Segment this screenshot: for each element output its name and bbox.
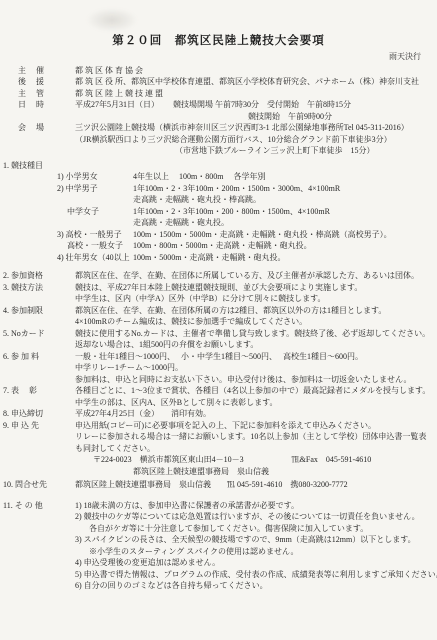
section: 2. 参加資格 都筑区在住、在学、在勤、在団体に所属している方、及び主催者が承認… xyxy=(0,270,437,282)
meta-lines: 都 筑 区 役 所、都筑区中学校体育連盟、都筑区小学校体育研究会、パナホーム（株… xyxy=(75,76,437,88)
section-line: 中学生は、区内（中学A）区外（中学B）に分けて別々に競技します。 xyxy=(75,293,437,305)
event-item-detail: 100m・800m・5000m・走高跳・走幅跳・砲丸投。 xyxy=(133,240,312,252)
section-line: 4×100mRのチーム編成は、競技に参加選手で編成してください。 xyxy=(75,316,437,328)
section: 4. 参加制限 都筑区在住、在学、在勤、在団体所属の方は2種目、都筑区以外の方は… xyxy=(0,305,437,328)
section-label: 7. 表 彰 xyxy=(0,385,75,408)
meta-line: （JR横浜駅西口より三ツ沢総合運動公園方面行バス、10分総合グランド前下車徒歩3… xyxy=(75,134,437,146)
event-item-name: 2) 中学男子 xyxy=(57,183,133,195)
event-item: 2) 中学男子1年100m・2・3年100m・200m・1500m・3000m、… xyxy=(57,183,437,195)
section: 7. 表 彰 各種目ごとに、1～3位まで賞状、各種目（4名以上参加の中で）最高記… xyxy=(0,385,437,408)
event-items: 1) 小学男女4年生以上 100m・800m 各学年別2) 中学男子1年100m… xyxy=(0,171,437,263)
doc-title: 第２０回 都筑区民陸上競技大会要項 xyxy=(0,0,437,48)
section-row: 11. そ の 他 1) 18歳未満の方は、参加申込書に保護者の承諾書が必要です… xyxy=(0,500,437,592)
event-item: 高校・一般女子100m・800m・5000m・走高跳・走幅跳・砲丸投。 xyxy=(57,240,437,252)
meta-lines: 都 筑 区 陸 上 競 技 連 盟 xyxy=(75,88,437,100)
section: 8. 申込締切 平成27年4月25日（金） 消印有効。 xyxy=(0,408,437,420)
event-item-detail: 走高跳・走幅跳・砲丸投・棒高跳。 xyxy=(133,194,261,206)
section-lines: 一般・壮年1種目～1000円、 小・中学生1種目～500円、 高校生1種目～60… xyxy=(75,351,437,386)
event-item-detail: 1年100m・2・3年100m・200m・1500m・3000m、4×100mR xyxy=(133,183,340,195)
event-item-name: 高校・一般女子 xyxy=(57,240,133,252)
section-line: リレーに参加される場合は一緒にお願いします。10名以上参加（主として学校）団体申… xyxy=(75,431,437,443)
event-item: 4) 壮年男女（40以上100m・5000m・走高跳・走幅跳・砲丸投。 xyxy=(57,252,437,264)
section-row: 4. 参加制限 都筑区在住、在学、在勤、在団体所属の方は2種目、都筑区以外の方は… xyxy=(0,305,437,328)
section-line: 5) 申込書で得た情報は、プログラムの作成、受付表の作成、成績発表等に利用します… xyxy=(75,569,437,581)
section-line: 都筑区在住、在学、在勤、在団体所属の方は2種目、都筑区以外の方は1種目とします。 xyxy=(75,305,437,317)
meta-row: 主 管 都 筑 区 陸 上 競 技 連 盟 xyxy=(0,88,437,100)
document-page: 第２０回 都筑区民陸上競技大会要項 雨天決行 主 催 都 筑 区 体 育 協 会… xyxy=(0,0,437,640)
event-item-name xyxy=(57,194,133,206)
event-item: 走高跳・走幅跳・砲丸投。 xyxy=(57,217,437,229)
section-line: 6) 自分の回りのゴミなどは各自持ち帰ってください。 xyxy=(75,580,437,592)
section-line: 1) 18歳未満の方は、参加申込書に保護者の承諾書が必要です。 xyxy=(75,500,437,512)
event-item-detail: 1年100m・2・3年100m・200・800m・1500m、4×100mR xyxy=(133,206,330,218)
section-row: 10. 問合せ先 都筑区陸上競技連盟事務局 泉山信義 ℡ 045-591-461… xyxy=(0,479,437,491)
section-row: 2. 参加資格 都筑区在住、在学、在勤、在団体に所属している方、及び主催者が承認… xyxy=(0,270,437,282)
meta-label: 後 援 xyxy=(0,76,75,88)
section-lines: 平成27年4月25日（金） 消印有効。 xyxy=(75,408,437,420)
section: 6. 参 加 料 一般・壮年1種目～1000円、 小・中学生1種目～500円、 … xyxy=(0,351,437,386)
section-row: 8. 申込締切 平成27年4月25日（金） 消印有効。 xyxy=(0,408,437,420)
section-line: 3) スパイクピンの長さは、全天候型の競技場ですので、9mm（走高跳は12mm）… xyxy=(75,534,437,546)
meta-label: 日 時 xyxy=(0,99,75,122)
meta-lines: 平成27年5月31日（日） 競技場開場 午前7時30分 受付開始 午前8時15分… xyxy=(75,99,437,122)
event-item-name: 中学女子 xyxy=(57,206,133,218)
section-line: ※小学生のスターティング スパイクの使用は認めません。 xyxy=(89,546,437,558)
section: 1. 競技種目 1) 小学男女4年生以上 100m・800m 各学年別2) 中学… xyxy=(0,160,437,264)
meta-label: 主 催 xyxy=(0,65,75,77)
meta-label: 主 管 xyxy=(0,88,75,100)
section-row: 6. 参 加 料 一般・壮年1種目～1000円、 小・中学生1種目～500円、 … xyxy=(0,351,437,386)
section-label: 10. 問合せ先 xyxy=(0,479,75,491)
meta-line: 都 筑 区 陸 上 競 技 連 盟 xyxy=(75,88,437,100)
event-item-name: 1) 小学男女 xyxy=(57,171,133,183)
section-label: 2. 参加資格 xyxy=(0,270,75,282)
event-item-detail: 走高跳・走幅跳・砲丸投。 xyxy=(133,217,229,229)
section: 9. 申 込 先 申込用紙(コピー可)に必要事項を記入の上、下記に参加料を添えて… xyxy=(0,420,437,478)
section-label: 4. 参加制限 xyxy=(0,305,75,328)
event-item-detail: 4年生以上 100m・800m 各学年別 xyxy=(133,171,265,183)
section-line: 各種目ごとに、1～3位まで賞状、各種目（4名以上参加の中で）最高記録者にメダルを… xyxy=(75,385,437,397)
section-label: 11. そ の 他 xyxy=(0,500,75,592)
section-row: 1. 競技種目 xyxy=(0,160,437,172)
section-line: 競技は、平成27年日本陸上競技連盟競技規則、並び大会要項により実施します。 xyxy=(75,282,437,294)
section-line: 都筑区陸上競技連盟事務局 泉山信義 ℡ 045-591-4610 携080-32… xyxy=(75,479,437,491)
event-item: 走高跳・走幅跳・砲丸投・棒高跳。 xyxy=(57,194,437,206)
section-row: 9. 申 込 先 申込用紙(コピー可)に必要事項を記入の上、下記に参加料を添えて… xyxy=(0,420,437,478)
section-line: も同封してください。 xyxy=(75,443,437,455)
event-item-name: 4) 壮年男女（40以上 xyxy=(57,252,133,264)
section-line: 都筑区在住、在学、在勤、在団体に所属している方、及び主催者が承認した方、あるいは… xyxy=(75,270,437,282)
section-line: 2) 競技中のケガ等については応急処置は行いますが、その後については一切責任を負… xyxy=(75,511,437,523)
event-item-detail: 100m・5000m・走高跳・走幅跳・砲丸投。 xyxy=(133,252,285,264)
event-item: 1) 小学男女4年生以上 100m・800m 各学年別 xyxy=(57,171,437,183)
section-lines: 競技に使用するNo.カードは、主催者で準備し貸与致します。競技終了後、必ず返却し… xyxy=(75,328,437,351)
section-line: 中学生の部は、区内A、区外Bとして別々に表彰します。 xyxy=(75,397,437,409)
section-line: 〒224-0023 横浜市都筑区東山田4－10－3 ℡&Fax 045-591-… xyxy=(93,454,437,466)
section-lines: 都筑区在住、在学、在勤、在団体所属の方は2種目、都筑区以外の方は1種目とします。… xyxy=(75,305,437,328)
section-line: 4) 申込受理後の変更追加は認めません。 xyxy=(75,557,437,569)
event-item-name xyxy=(57,217,133,229)
meta-row: 日 時 平成27年5月31日（日） 競技場開場 午前7時30分 受付開始 午前8… xyxy=(0,99,437,122)
section-label: 1. 競技種目 xyxy=(0,160,75,172)
section-row: 5. Noカード 競技に使用するNo.カードは、主催者で準備し貸与致します。競技… xyxy=(0,328,437,351)
section-label: 9. 申 込 先 xyxy=(0,420,75,478)
section-label: 6. 参 加 料 xyxy=(0,351,75,386)
meta-lines: 三ツ沢公園陸上競技場（横浜市神奈川区三ツ沢西町3-1 北部公園緑地事務所Tel … xyxy=(75,122,437,157)
section-line: 都筑区陸上競技連盟事務局 泉山信義 xyxy=(133,466,437,478)
event-item: 中学女子1年100m・2・3年100m・200・800m・1500m、4×100… xyxy=(57,206,437,218)
section-lines: 1) 18歳未満の方は、参加申込書に保護者の承諾書が必要です。2) 競技中のケガ… xyxy=(75,500,437,592)
section-row: 7. 表 彰 各種目ごとに、1～3位まで賞状、各種目（4名以上参加の中で）最高記… xyxy=(0,385,437,408)
section: 3. 競技方法 競技は、平成27年日本陸上競技連盟競技規則、並び大会要項により実… xyxy=(0,282,437,305)
weather-note: 雨天決行 xyxy=(0,51,437,63)
event-item: 3) 高校・一般男子100m・1500m・5000m・走高跳・走幅跳・砲丸投・棒… xyxy=(57,229,437,241)
section-line: 平成27年4月25日（金） 消印有効。 xyxy=(75,408,437,420)
section: 10. 問合せ先 都筑区陸上競技連盟事務局 泉山信義 ℡ 045-591-461… xyxy=(0,479,437,491)
section: 5. Noカード 競技に使用するNo.カードは、主催者で準備し貸与致します。競技… xyxy=(0,328,437,351)
section-lines: 各種目ごとに、1～3位まで賞状、各種目（4名以上参加の中で）最高記録者にメダルを… xyxy=(75,385,437,408)
section-lines xyxy=(75,160,437,172)
meta-row: 会 場 三ツ沢公園陸上競技場（横浜市神奈川区三ツ沢西町3-1 北部公園緑地事務所… xyxy=(0,122,437,157)
section-lines: 申込用紙(コピー可)に必要事項を記入の上、下記に参加料を添えて申込みください。リ… xyxy=(75,420,437,478)
meta-line: 都 筑 区 体 育 協 会 xyxy=(75,65,437,77)
section-label: 8. 申込締切 xyxy=(0,408,75,420)
meta-line: 平成27年5月31日（日） 競技場開場 午前7時30分 受付開始 午前8時15分 xyxy=(75,99,437,111)
sections: 1. 競技種目 1) 小学男女4年生以上 100m・800m 各学年別2) 中学… xyxy=(0,160,437,592)
section-label: 5. Noカード xyxy=(0,328,75,351)
section: 11. そ の 他 1) 18歳未満の方は、参加申込書に保護者の承諾書が必要です… xyxy=(0,500,437,592)
meta-label: 会 場 xyxy=(0,122,75,157)
meta-line: 三ツ沢公園陸上競技場（横浜市神奈川区三ツ沢西町3-1 北部公園緑地事務所Tel … xyxy=(75,122,437,134)
section-lines: 競技は、平成27年日本陸上競技連盟競技規則、並び大会要項により実施します。中学生… xyxy=(75,282,437,305)
section-lines: 都筑区在住、在学、在勤、在団体に所属している方、及び主催者が承認した方、あるいは… xyxy=(75,270,437,282)
meta-row: 主 催 都 筑 区 体 育 協 会 xyxy=(0,65,437,77)
section-label: 3. 競技方法 xyxy=(0,282,75,305)
section-line: 中学リレー1チーム～1000円。 xyxy=(75,362,437,374)
section-lines: 都筑区陸上競技連盟事務局 泉山信義 ℡ 045-591-4610 携080-32… xyxy=(75,479,437,491)
section-line: 参加料は、申込と同時にお支払い下さい。申込受付け後は、参加料は一切返金いたしませ… xyxy=(75,374,437,386)
event-item-name: 3) 高校・一般男子 xyxy=(57,229,133,241)
section-line: 競技に使用するNo.カードは、主催者で準備し貸与致します。競技終了後、必ず返却し… xyxy=(75,328,437,340)
meta-line: 競技開始 午前9時00分 xyxy=(248,111,437,123)
section-line: 各自がケガ等に十分注意して参加してください。傷害保険に加入しています。 xyxy=(89,523,437,535)
section-line: 一般・壮年1種目～1000円、 小・中学生1種目～500円、 高校生1種目～60… xyxy=(75,351,437,363)
section-line: 返却ない場合は、1組500円の弁償をお願いします。 xyxy=(75,339,437,351)
meta-line: 都 筑 区 役 所、都筑区中学校体育連盟、都筑区小学校体育研究会、パナホーム（株… xyxy=(75,76,437,88)
meta-line: （市営地下鉄ブルーライン三ッ沢上町下車徒歩 15分） xyxy=(175,145,437,157)
section-line: 申込用紙(コピー可)に必要事項を記入の上、下記に参加料を添えて申込みください。 xyxy=(75,420,437,432)
meta-rows: 主 催 都 筑 区 体 育 協 会 後 援 都 筑 区 役 所、都筑区中学校体育… xyxy=(0,65,437,157)
meta-row: 後 援 都 筑 区 役 所、都筑区中学校体育連盟、都筑区小学校体育研究会、パナホ… xyxy=(0,76,437,88)
section-row: 3. 競技方法 競技は、平成27年日本陸上競技連盟競技規則、並び大会要項により実… xyxy=(0,282,437,305)
meta-lines: 都 筑 区 体 育 協 会 xyxy=(75,65,437,77)
event-item-detail: 100m・1500m・5000m・走高跳・走幅跳・砲丸投・棒高跳（高校男子）。 xyxy=(133,229,392,241)
